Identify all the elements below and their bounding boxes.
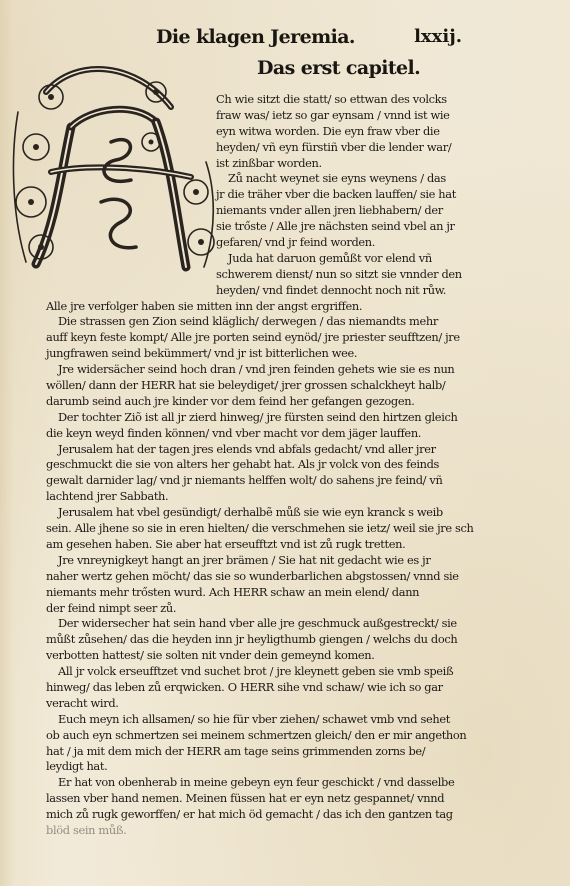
text-line: můßt zůsehen/ das die heyden inn jr heyl…: [46, 632, 460, 648]
text-line: gewalt darnider lag/ vnd jr niemants hel…: [46, 473, 460, 489]
text-line: Der tochter Ziõ ist all jr zierd hinweg/…: [46, 410, 460, 426]
text-line: hat / ja mit dem mich der HERR am tage s…: [46, 744, 460, 760]
text-line: Jerusalem hat der tagen jres elends vnd …: [46, 442, 460, 458]
folio-number: lxxij.: [414, 26, 462, 47]
text-line: eyn witwa worden. Die eyn fraw vber die: [46, 124, 460, 140]
text-line: ob auch eyn schmertzen sei meinem schmer…: [46, 728, 460, 744]
text-line: verbotten hattest/ sie solten nit vnder …: [46, 648, 460, 664]
text-line: schwerem dienst/ nun so sitzt sie vnnder…: [46, 267, 460, 283]
text-line: Zů nacht weynet sie eyns weynens / das: [46, 171, 460, 187]
text-line: heyden/ vnd findet dennocht noch nit růw…: [46, 283, 460, 299]
text-line: hinweg/ das leben zů erqwicken. O HERR s…: [46, 680, 460, 696]
text-line: niemants vnder allen jren liebhabern/ de…: [46, 203, 460, 219]
text-line: sein. Alle jhene so sie in eren hielten/…: [46, 521, 460, 537]
text-line: Jerusalem hat vbel gesündigt/ derhalbẽ m…: [46, 505, 460, 521]
chapter-title: Das erst capitel.: [257, 57, 420, 79]
text-line: der feind nimpt seer zů.: [46, 601, 460, 617]
text-line: niemants mehr trősten wurd. Ach HERR sch…: [46, 585, 460, 601]
text-line: lachtend jrer Sabbath.: [46, 489, 460, 505]
text-line: mich zů rugk geworffen/ er hat mich öd g…: [46, 807, 460, 823]
text-line: Alle jre verfolger haben sie mitten inn …: [46, 299, 460, 315]
text-line: naher wertz gehen möcht/ das sie so wund…: [46, 569, 460, 585]
text-line: Jre widersächer seind hoch dran / vnd jr…: [46, 362, 460, 378]
running-title: Die klagen Jeremia.: [156, 26, 355, 48]
text-line: Die strassen gen Zion seind kläglich/ de…: [46, 314, 460, 330]
text-line: die keyn weyd finden können/ vnd vber ma…: [46, 426, 460, 442]
text-line: Er hat von obenherab in meine gebeyn eyn…: [46, 775, 460, 791]
text-line: sie trőste / Alle jre nächsten seind vbe…: [46, 219, 460, 235]
text-line: veracht wird.: [46, 696, 460, 712]
text-line: gefaren/ vnd jr feind worden.: [46, 235, 460, 251]
book-page: Die klagen Jeremia. lxxij. Das erst capi…: [0, 0, 570, 886]
text-line: jungfrawen seind bekümmert/ vnd jr ist b…: [46, 346, 460, 362]
page-header: Die klagen Jeremia. lxxij.: [150, 26, 462, 54]
text-line: All jr volck erseufftzet vnd suchet brot…: [46, 664, 460, 680]
text-line: Juda hat daruon gemůßt vor elend vñ: [46, 251, 460, 267]
text-line: leydigt hat.: [46, 759, 460, 775]
text-line: jr die träher vber die backen lauffen/ s…: [46, 187, 460, 203]
text-line: Jre vnreynigkeyt hangt an jrer brämen / …: [46, 553, 460, 569]
text-line: fraw was/ ietz so gar eynsam / vnnd ist …: [46, 108, 460, 124]
text-line: auff keyn feste kompt/ Alle jre porten s…: [46, 330, 460, 346]
text-line: Der widersecher hat sein hand vber alle …: [46, 616, 460, 632]
text-line: am gesehen haben. Sie aber hat erseufftz…: [46, 537, 460, 553]
chapter-text-body: Ch wie sitzt die statt/ so ettwan des vo…: [46, 92, 460, 839]
text-line: geschmuckt die sie von alters her gehabt…: [46, 457, 460, 473]
text-line: ist zinßbar worden.: [46, 156, 460, 172]
text-line: lassen vber hand nemen. Meinen füssen ha…: [46, 791, 460, 807]
text-line: darumb seind auch jre kinder vor dem fei…: [46, 394, 460, 410]
text-line: Euch meyn ich allsamen/ so hie für vber …: [46, 712, 460, 728]
text-line: blöd sein můß.: [46, 823, 460, 839]
text-line: Ch wie sitzt die statt/ so ettwan des vo…: [46, 92, 460, 108]
text-line: wöllen/ dann der HERR hat sie beleydiget…: [46, 378, 460, 394]
text-line: heyden/ vñ eyn fürstiñ vber die lender w…: [46, 140, 460, 156]
